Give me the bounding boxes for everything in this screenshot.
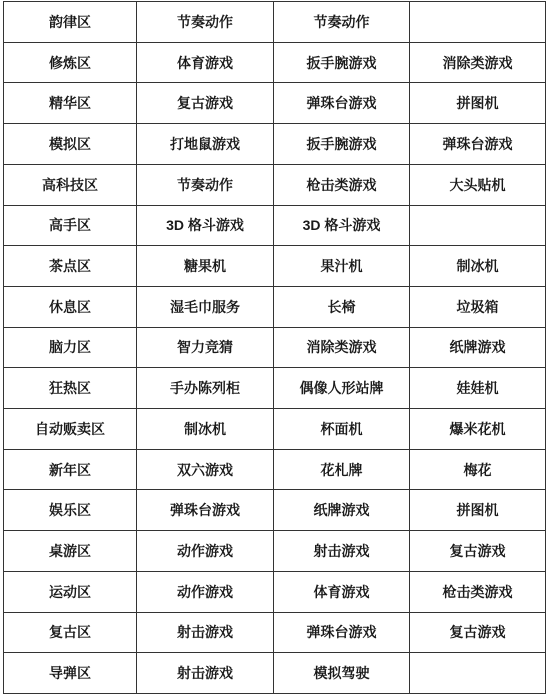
table-cell: 节奏动作 (137, 2, 274, 43)
table-row: 休息区湿毛巾服务长椅垃圾箱 (4, 286, 546, 327)
table-row: 修炼区体育游戏扳手腕游戏消除类游戏 (4, 42, 546, 83)
table-cell: 爆米花机 (410, 409, 546, 450)
table-row: 茶点区糖果机果汁机制冰机 (4, 246, 546, 287)
table-cell: 枪击类游戏 (410, 571, 546, 612)
table-row: 狂热区手办陈列柜偶像人形站牌娃娃机 (4, 368, 546, 409)
table-cell: 娱乐区 (4, 490, 137, 531)
table-cell: 纸牌游戏 (410, 327, 546, 368)
table-cell: 消除类游戏 (274, 327, 410, 368)
table-cell: 狂热区 (4, 368, 137, 409)
table-cell: 茶点区 (4, 246, 137, 287)
table-cell: 梅花 (410, 449, 546, 490)
table-cell: 高科技区 (4, 164, 137, 205)
table-cell: 复古区 (4, 612, 137, 653)
table-row: 娱乐区弹珠台游戏纸牌游戏拼图机 (4, 490, 546, 531)
table-cell: 长椅 (274, 286, 410, 327)
table-cell: 消除类游戏 (410, 42, 546, 83)
table-cell: 节奏动作 (137, 164, 274, 205)
table-cell: 弹珠台游戏 (274, 612, 410, 653)
table-row: 高手区3D 格斗游戏3D 格斗游戏 (4, 205, 546, 246)
table-row: 桌游区动作游戏射击游戏复古游戏 (4, 531, 546, 572)
table-cell: 花札牌 (274, 449, 410, 490)
table-cell: 新年区 (4, 449, 137, 490)
table-row: 精华区复古游戏弹珠台游戏拼图机 (4, 83, 546, 124)
table-cell: 纸牌游戏 (274, 490, 410, 531)
table-cell: 节奏动作 (274, 2, 410, 43)
table-cell: 弹珠台游戏 (137, 490, 274, 531)
table-cell: 体育游戏 (274, 571, 410, 612)
table-cell: 复古游戏 (410, 612, 546, 653)
table-cell: 韵律区 (4, 2, 137, 43)
table-cell: 自动贩卖区 (4, 409, 137, 450)
zones-table-container: 韵律区节奏动作节奏动作修炼区体育游戏扳手腕游戏消除类游戏精华区复古游戏弹珠台游戏… (3, 1, 546, 694)
table-cell: 拼图机 (410, 83, 546, 124)
table-row: 高科技区节奏动作枪击类游戏大头贴机 (4, 164, 546, 205)
table-cell: 脑力区 (4, 327, 137, 368)
table-row: 模拟区打地鼠游戏扳手腕游戏弹珠台游戏 (4, 124, 546, 165)
table-cell: 精华区 (4, 83, 137, 124)
table-cell: 垃圾箱 (410, 286, 546, 327)
table-cell: 射击游戏 (274, 531, 410, 572)
table-cell: 拼图机 (410, 490, 546, 531)
table-cell: 修炼区 (4, 42, 137, 83)
table-row: 运动区动作游戏体育游戏枪击类游戏 (4, 571, 546, 612)
table-cell: 复古游戏 (410, 531, 546, 572)
table-row: 导弹区射击游戏模拟驾驶 (4, 653, 546, 694)
table-cell: 模拟驾驶 (274, 653, 410, 694)
table-cell: 3D 格斗游戏 (274, 205, 410, 246)
table-cell: 休息区 (4, 286, 137, 327)
table-cell: 双六游戏 (137, 449, 274, 490)
table-cell: 体育游戏 (137, 42, 274, 83)
table-cell: 制冰机 (137, 409, 274, 450)
table-cell: 弹珠台游戏 (410, 124, 546, 165)
table-cell: 模拟区 (4, 124, 137, 165)
table-cell (410, 653, 546, 694)
zones-table-body: 韵律区节奏动作节奏动作修炼区体育游戏扳手腕游戏消除类游戏精华区复古游戏弹珠台游戏… (4, 2, 546, 694)
table-cell: 枪击类游戏 (274, 164, 410, 205)
table-row: 韵律区节奏动作节奏动作 (4, 2, 546, 43)
table-cell: 偶像人形站牌 (274, 368, 410, 409)
table-row: 自动贩卖区制冰机杯面机爆米花机 (4, 409, 546, 450)
table-cell: 运动区 (4, 571, 137, 612)
table-cell: 大头贴机 (410, 164, 546, 205)
table-cell: 射击游戏 (137, 653, 274, 694)
table-cell: 动作游戏 (137, 571, 274, 612)
zones-table: 韵律区节奏动作节奏动作修炼区体育游戏扳手腕游戏消除类游戏精华区复古游戏弹珠台游戏… (3, 1, 546, 694)
table-row: 脑力区智力竞猜消除类游戏纸牌游戏 (4, 327, 546, 368)
table-cell: 3D 格斗游戏 (137, 205, 274, 246)
table-cell: 高手区 (4, 205, 137, 246)
table-row: 复古区射击游戏弹珠台游戏复古游戏 (4, 612, 546, 653)
table-cell: 打地鼠游戏 (137, 124, 274, 165)
table-cell: 手办陈列柜 (137, 368, 274, 409)
table-cell: 果汁机 (274, 246, 410, 287)
table-cell: 制冰机 (410, 246, 546, 287)
table-cell: 杯面机 (274, 409, 410, 450)
table-cell: 导弹区 (4, 653, 137, 694)
table-cell: 湿毛巾服务 (137, 286, 274, 327)
table-row: 新年区双六游戏花札牌梅花 (4, 449, 546, 490)
table-cell (410, 2, 546, 43)
table-cell: 复古游戏 (137, 83, 274, 124)
table-cell: 智力竞猜 (137, 327, 274, 368)
table-cell: 动作游戏 (137, 531, 274, 572)
table-cell: 弹珠台游戏 (274, 83, 410, 124)
table-cell: 射击游戏 (137, 612, 274, 653)
table-cell: 扳手腕游戏 (274, 124, 410, 165)
table-cell: 桌游区 (4, 531, 137, 572)
table-cell: 娃娃机 (410, 368, 546, 409)
table-cell: 糖果机 (137, 246, 274, 287)
table-cell (410, 205, 546, 246)
table-cell: 扳手腕游戏 (274, 42, 410, 83)
